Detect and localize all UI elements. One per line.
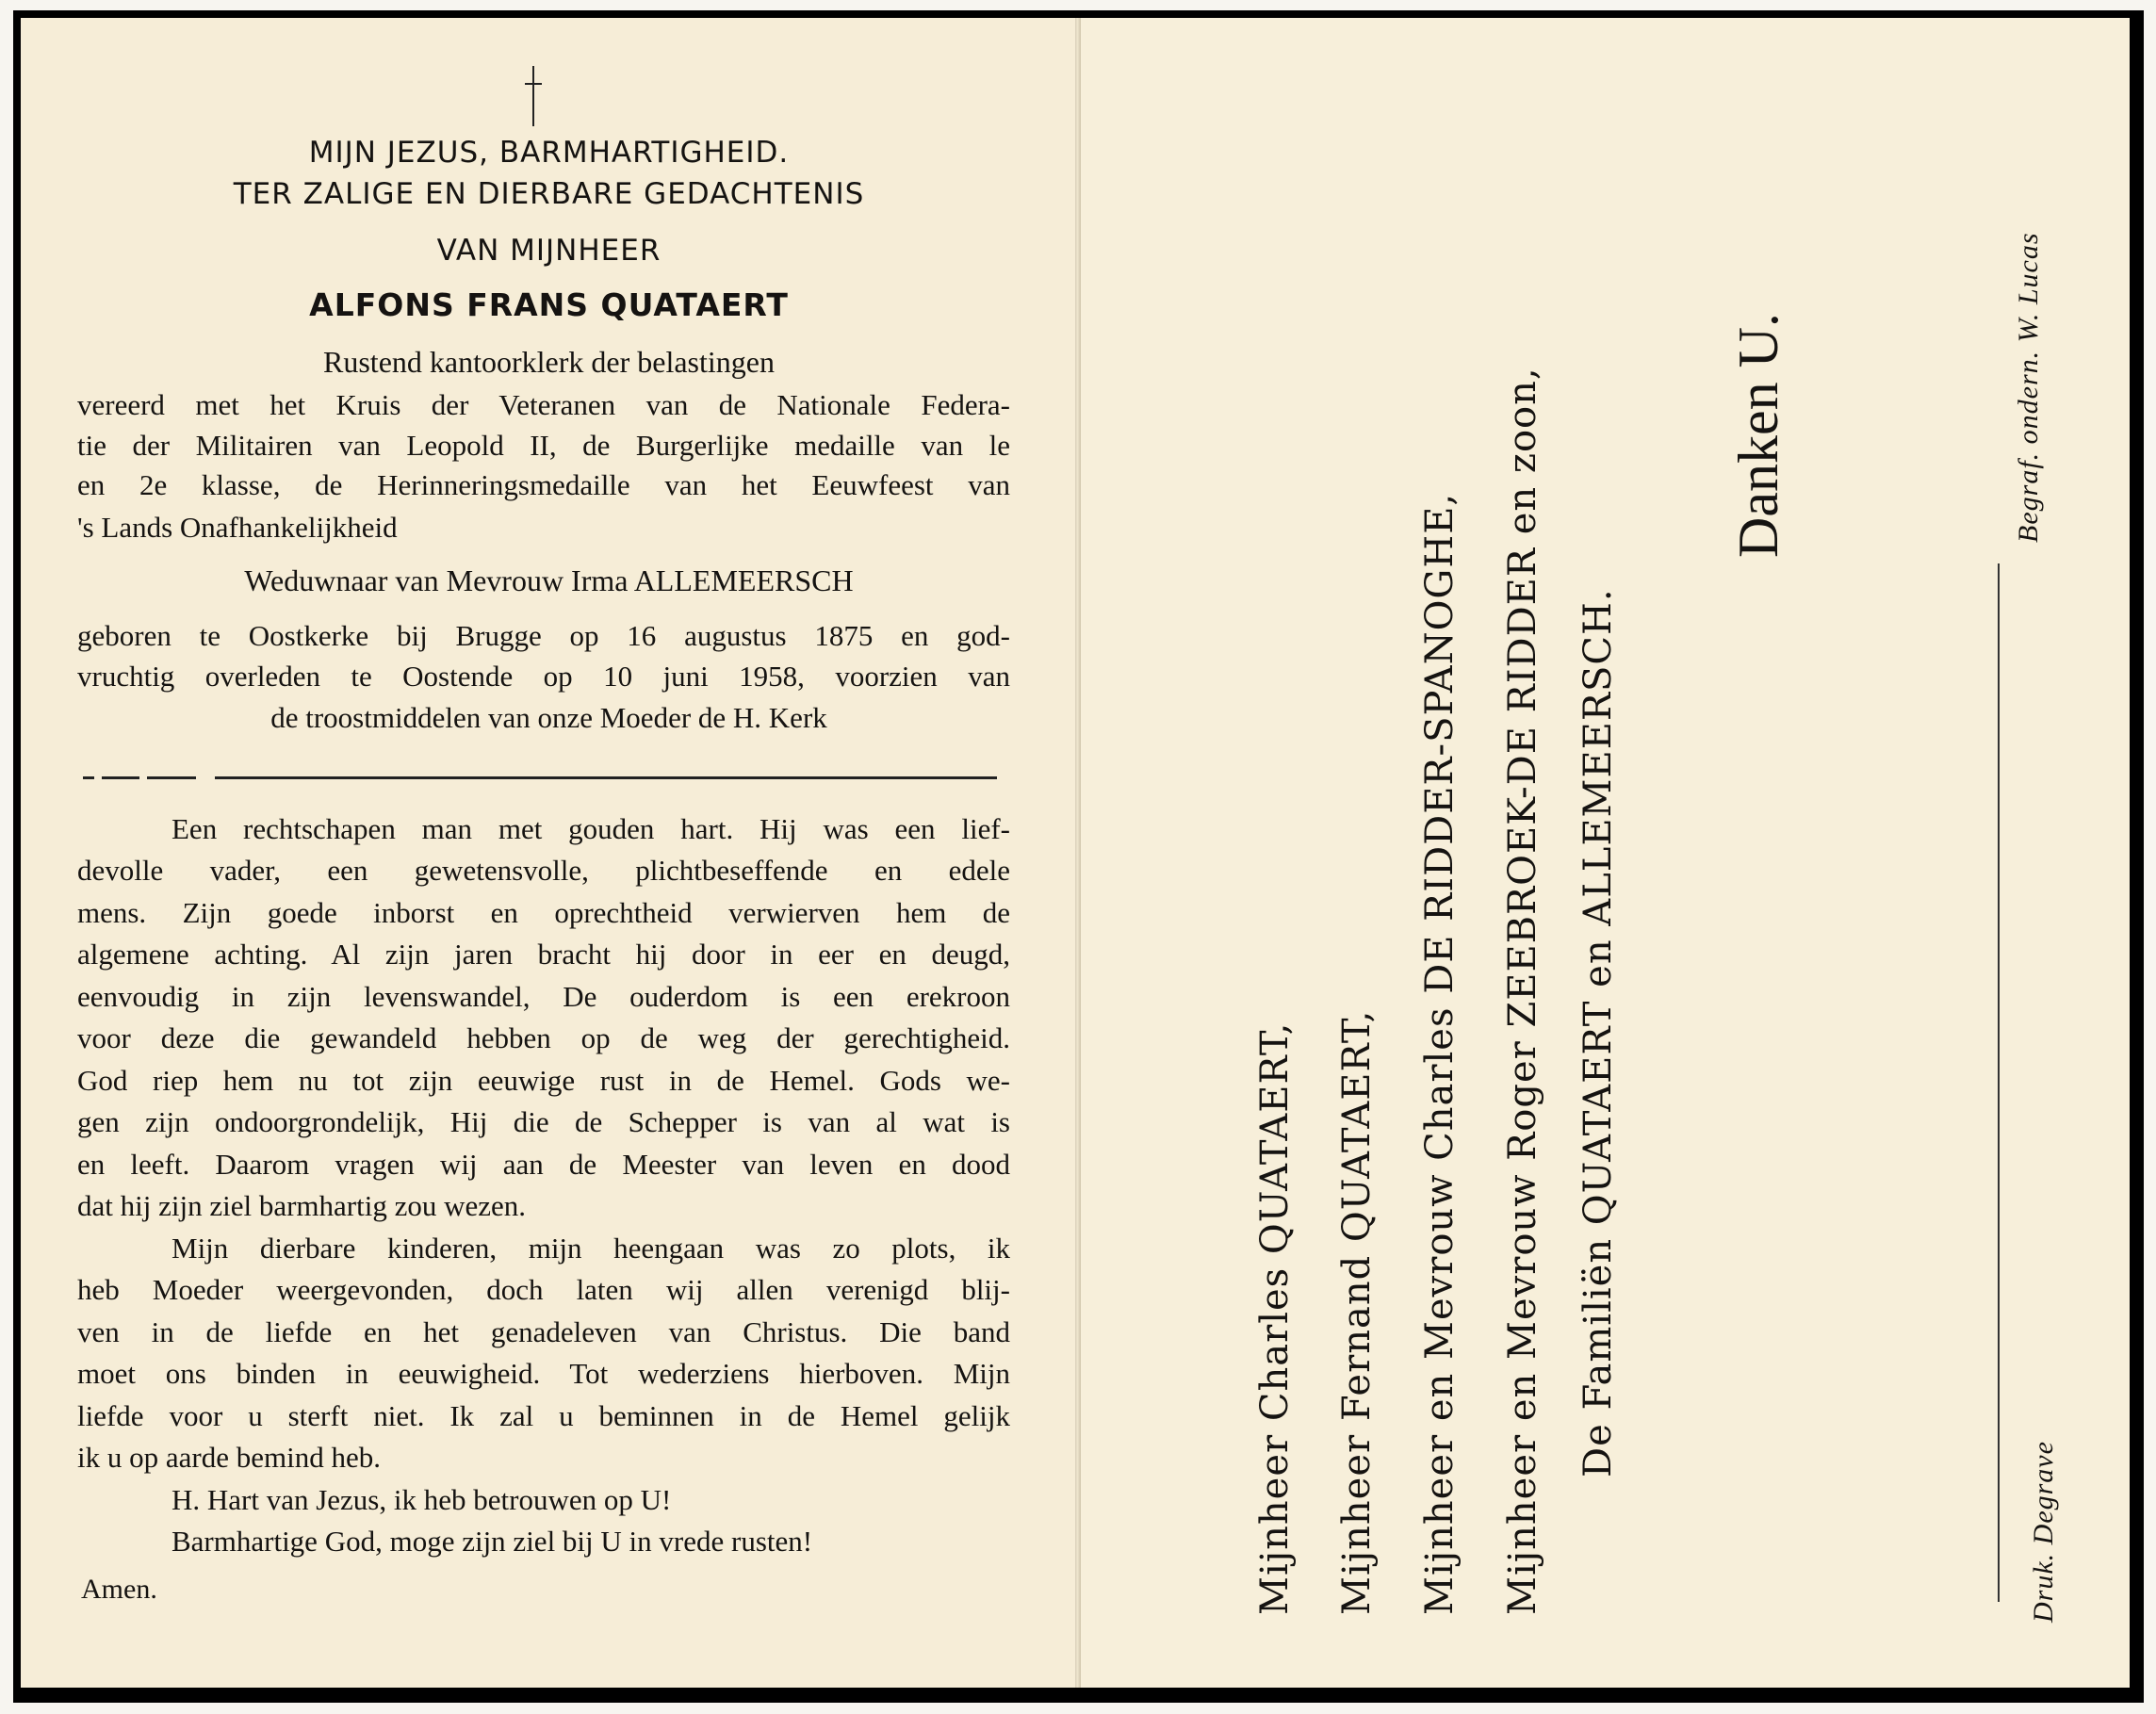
paragraph2-line: ik u op aarde bemind heb.	[77, 1441, 1010, 1475]
prayer-line-1: H. Hart van Jezus, ik heb betrouwen op U…	[171, 1483, 671, 1517]
paragraph1-line: voor deze die gewandeld hebben op de weg…	[77, 1021, 1010, 1055]
paragraph1-line: devolle vader, een gewetensvolle, plicht…	[77, 854, 1010, 888]
paragraph2-line: ven in de liefde en het genadeleven van …	[77, 1315, 1010, 1349]
dates-line: vruchtig overleden te Oostende op 10 jun…	[77, 660, 1010, 694]
heading-line-2: TER ZALIGE EN DIERBARE GEDACHTENIS	[21, 177, 1077, 211]
paragraph2-line: Mijn dierbare kinderen, mijn heengaan wa…	[77, 1232, 1010, 1265]
heading-line-3: VAN MIJNHEER	[21, 234, 1077, 268]
paragraph2-line: heb Moeder weergevonden, doch laten wij …	[77, 1273, 1010, 1307]
honours-line: vereerd met het Kruis der Veteranen van …	[77, 388, 1010, 422]
family-line-5: De Familiën QUATAERT en ALLEMEERSCH.	[1576, 588, 1620, 1477]
paragraph1-line: dat hij zijn ziel barmhartig zou wezen.	[77, 1189, 1010, 1223]
vertical-rule	[1998, 563, 2000, 1602]
paragraph1-line: Een rechtschapen man met gouden hart. Hi…	[77, 812, 1010, 846]
amen: Amen.	[81, 1574, 157, 1606]
family-line-3: Mijnheer en Mevrouw Charles DE RIDDER-SP…	[1418, 493, 1462, 1615]
honours-line: tie der Militairen van Leopold II, de Bu…	[77, 429, 1010, 463]
cross-icon	[532, 66, 534, 126]
printer-credit: Druk. Degrave	[2028, 1441, 2060, 1623]
paragraph1-line: eenvoudig in zijn levenswandel, De ouder…	[77, 980, 1010, 1014]
paragraph1-line: God riep hem nu tot zijn eeuwige rust in…	[77, 1064, 1010, 1098]
honours-line: en 2e klasse, de Herinneringsmedaille va…	[77, 468, 1010, 502]
paragraph1-line: algemene achting. Al zijn jaren bracht h…	[77, 938, 1010, 971]
deceased-name: ALFONS FRANS QUATAERT	[21, 286, 1077, 323]
occupation: Rustend kantoorklerk der belastingen	[21, 345, 1077, 380]
widower-line: Weduwnaar van Mevrouw Irma ALLEMEERSCH	[21, 563, 1077, 598]
card-fold	[1075, 18, 1081, 1688]
left-page	[21, 18, 1077, 1688]
dates-line: geboren te Oostkerke bij Brugge op 16 au…	[77, 619, 1010, 653]
dates-line: de troostmiddelen van onze Moeder de H. …	[21, 701, 1077, 735]
honours-line: 's Lands Onafhankelijkheid	[77, 511, 1010, 545]
paragraph1-line: gen zijn ondoorgrondelijk, Hij die de Sc…	[77, 1105, 1010, 1139]
thanks-text: Danken U.	[1726, 313, 1791, 558]
family-line-1: Mijnheer Charles QUATAERT,	[1253, 1022, 1297, 1615]
paragraph1-line: en leeft. Daarom vragen wij aan de Meest…	[77, 1148, 1010, 1182]
divider-rule	[83, 776, 997, 779]
family-line-4: Mijnheer en Mevrouw Roger ZEEBROEK-DE RI…	[1501, 367, 1544, 1615]
paragraph2-line: moet ons binden in eeuwigheid. Tot weder…	[77, 1357, 1010, 1391]
paragraph2-line: liefde voor u sterft niet. Ik zal u bemi…	[77, 1399, 1010, 1433]
family-line-2: Mijnheer Fernand QUATAERT,	[1335, 1010, 1379, 1615]
undertaker-credit: Begraf. ondern. W. Lucas	[2013, 232, 2045, 543]
prayer-line-2: Barmhartige God, moge zijn ziel bij U in…	[171, 1525, 812, 1559]
heading-line-1: MIJN JEZUS, BARMHARTIGHEID.	[21, 136, 1077, 170]
paragraph1-line: mens. Zijn goede inborst en oprechtheid …	[77, 896, 1010, 930]
